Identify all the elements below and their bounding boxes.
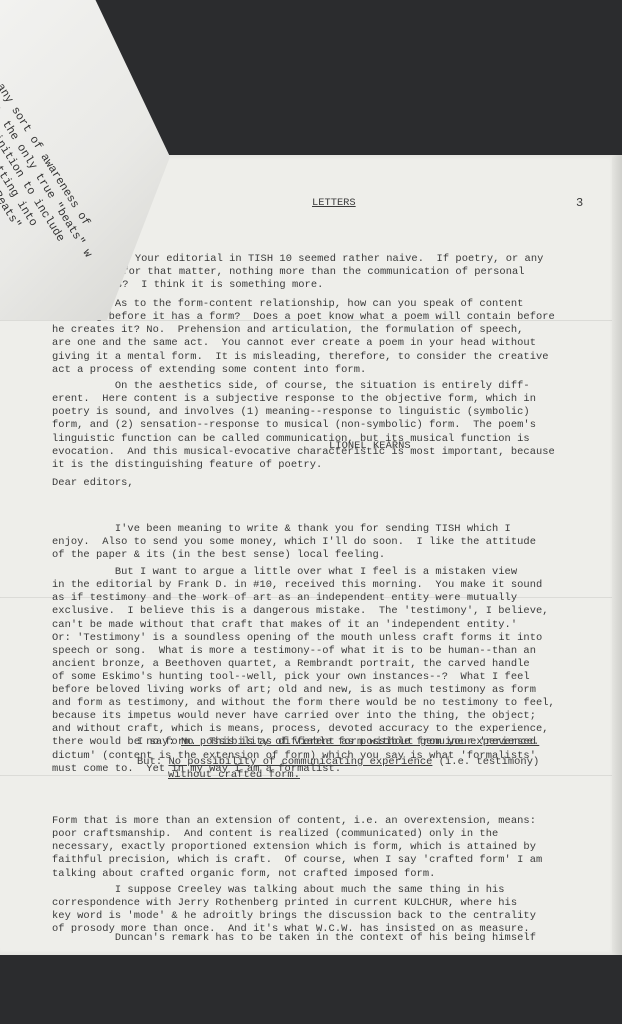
letter2-paragraph-5: Duncan's remark has to be taken in the c… bbox=[52, 906, 536, 958]
letter2-salutation: Dear editors, bbox=[52, 477, 134, 490]
page-heading: LETTERS bbox=[312, 197, 356, 209]
letter2-paragraph-2: But I want to argue a little over what I… bbox=[52, 540, 555, 789]
i-say-line: I say: No possibility of viable form wit… bbox=[137, 736, 539, 749]
but-line: But: No possibility of communicating exp… bbox=[137, 756, 539, 769]
page-number: 3 bbox=[576, 196, 583, 210]
folded-corner-text: one with any sort of awareness ofworld &… bbox=[0, 12, 133, 320]
letter1-paragraph-3: On the aesthetics side, of course, the s… bbox=[52, 354, 555, 485]
but-line-2: without crafted form. bbox=[168, 769, 300, 782]
letter1-signature: LIONEL KEARNS bbox=[329, 440, 411, 453]
page-edge bbox=[612, 155, 622, 955]
